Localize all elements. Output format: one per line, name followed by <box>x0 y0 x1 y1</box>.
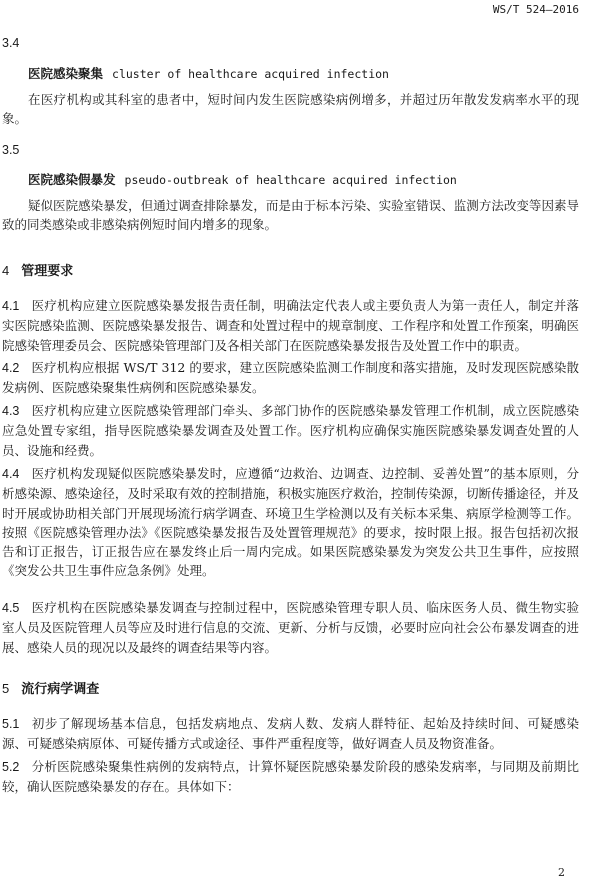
definition-3-4: 在医疗机构或其科室的患者中，短时间内发生医院感染病例增多，并超过历年散发发病率水… <box>2 90 579 129</box>
clause-text: 分析医院感染聚集性病例的发病特点，计算怀疑医院感染暴发阶段的感染发病率，与同期及… <box>2 759 579 794</box>
clause-text: 医疗机构应建立医院感染暴发报告责任制，明确法定代表人或主要负责人为第一责任人，制… <box>2 298 579 353</box>
clause-number: 4.4 <box>2 467 19 481</box>
section-heading-5: 5流行病学调查 <box>2 678 579 697</box>
clause-4-3: 4.3医疗机构应建立医院感染管理部门牵头、多部门协作的医院感染暴发管理工作机制，… <box>2 401 579 460</box>
definition-3-5: 疑似医院感染暴发，但通过调查排除暴发，而是由于标本污染、实验室错误、监测方法改变… <box>2 196 579 235</box>
clause-number: 4.3 <box>2 404 19 418</box>
heading-number: 5 <box>2 681 9 696</box>
section-number-3-5: 3.5 <box>2 143 579 157</box>
clause-text: 医疗机构在医院感染暴发调查与控制过程中，医院感染管理专职人员、临床医务人员、微生… <box>2 600 579 655</box>
clause-number: 4.2 <box>2 361 19 375</box>
section-number-3-4: 3.4 <box>2 36 579 50</box>
clause-4-2: 4.2医疗机构应根据 WS/T 312 的要求，建立医院感染监测工作制度和落实措… <box>2 358 579 398</box>
clause-text: 医疗机构应根据 WS/T 312 的要求，建立医院感染监测工作制度和落实措施，及… <box>2 360 579 395</box>
heading-title: 流行病学调查 <box>21 682 99 697</box>
clause-number: 5.1 <box>2 717 19 731</box>
clause-4-1: 4.1医疗机构应建立医院感染暴发报告责任制，明确法定代表人或主要负责人为第一责任… <box>2 296 579 355</box>
clause-4-4: 4.4医疗机构发现疑似医院感染暴发时，应遵循“边救治、边调查、边控制、妥善处置”… <box>2 464 579 581</box>
term-zh: 医院感染聚集 <box>28 66 103 81</box>
term-3-5: 医院感染假暴发pseudo-outbreak of healthcare acq… <box>2 170 579 188</box>
standard-code-header: WS/T 524—2016 <box>493 3 579 16</box>
clause-text: 医疗机构应建立医院感染管理部门牵头、多部门协作的医院感染暴发管理工作机制，成立医… <box>2 403 579 458</box>
document-page: WS/T 524—2016 3.4 医院感染聚集cluster of healt… <box>0 0 591 880</box>
clause-number: 4.5 <box>2 601 19 615</box>
term-en: cluster of healthcare acquired infection <box>112 67 389 81</box>
page-number: 2 <box>558 866 565 879</box>
clause-4-5: 4.5医疗机构在医院感染暴发调查与控制过程中，医院感染管理专职人员、临床医务人员… <box>2 598 579 657</box>
term-zh: 医院感染假暴发 <box>28 172 116 187</box>
clause-5-2: 5.2分析医院感染聚集性病例的发病特点，计算怀疑医院感染暴发阶段的感染发病率，与… <box>2 757 579 797</box>
term-en: pseudo-outbreak of healthcare acquired i… <box>125 173 457 187</box>
section-heading-4: 4管理要求 <box>2 260 579 279</box>
clause-5-1: 5.1初步了解现场基本信息，包括发病地点、发病人数、发病人群特征、起始及持续时间… <box>2 714 579 754</box>
term-3-4: 医院感染聚集cluster of healthcare acquired inf… <box>2 64 579 82</box>
clause-text: 医疗机构发现疑似医院感染暴发时，应遵循“边救治、边调查、边控制、妥善处置”的基本… <box>2 466 579 578</box>
heading-number: 4 <box>2 263 9 278</box>
clause-number: 4.1 <box>2 299 19 313</box>
clause-text: 初步了解现场基本信息，包括发病地点、发病人数、发病人群特征、起始及持续时间、可疑… <box>2 716 579 751</box>
heading-title: 管理要求 <box>21 264 73 279</box>
clause-number: 5.2 <box>2 760 19 774</box>
